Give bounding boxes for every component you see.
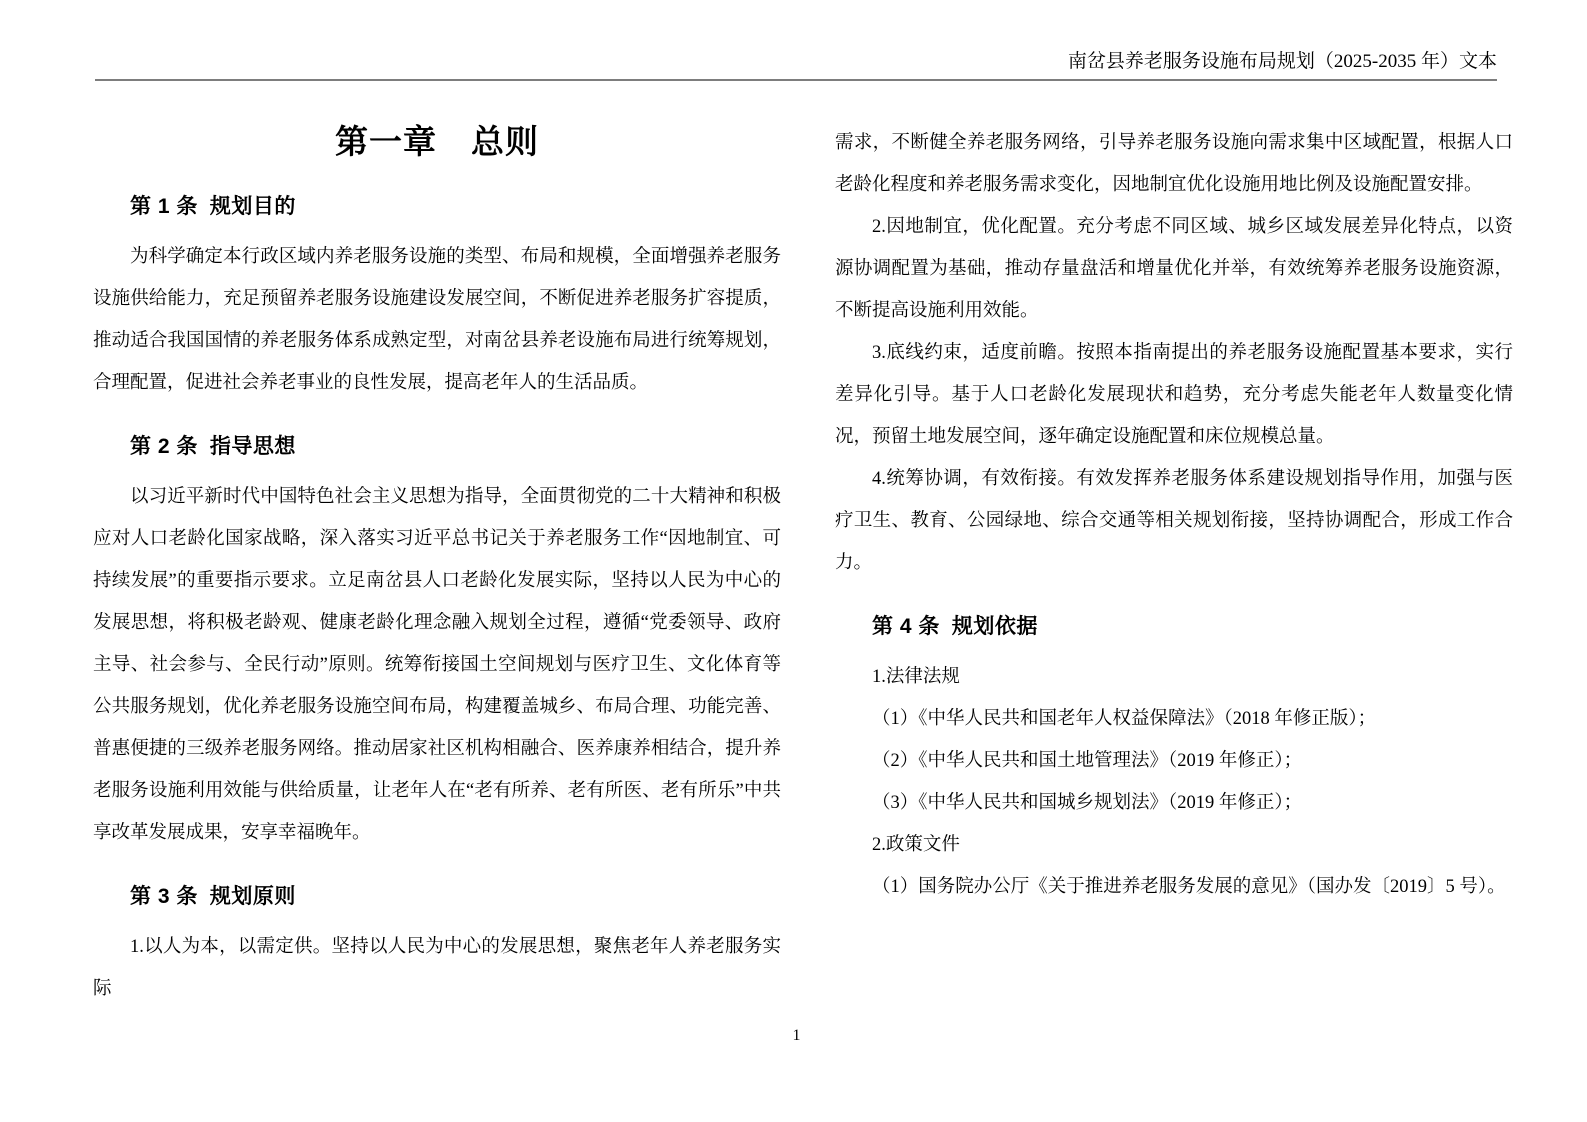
article-4-heading: 第 4 条规划依据 [835, 606, 1513, 648]
page-number: 1 [793, 1027, 801, 1044]
document-page: 南岔县养老服务设施布局规划（2025-2035 年）文本 第一章 总则 第 1 … [0, 0, 1587, 1122]
document-body: 第一章 总则 第 1 条规划目的 为科学确定本行政区域内养老服务设施的类型、布局… [93, 84, 1513, 1010]
article-3-body-continued: 需求，不断健全养老服务网络，引导养老服务设施向需求集中区域配置，根据人口老龄化程… [835, 122, 1513, 206]
header-running-title: 南岔县养老服务设施布局规划（2025-2035 年）文本 [1068, 51, 1497, 72]
law-item-3: （3）《中华人民共和国城乡规划法》（2019 年修正）； [835, 782, 1513, 824]
article-3-body-first-line: 1.以人为本，以需定供。坚持以人民为中心的发展思想，聚焦老年人养老服务实际 [93, 926, 781, 1010]
law-item-1: （1）《中华人民共和国老年人权益保障法》（2018 年修正版）； [835, 698, 1513, 740]
policy-group-label: 2.政策文件 [835, 824, 1513, 866]
article-1-number: 第 1 条 [130, 195, 198, 218]
chapter-title: 第一章 总则 [93, 120, 781, 164]
article-2-number: 第 2 条 [130, 435, 198, 458]
page-header: 南岔县养老服务设施布局规划（2025-2035 年）文本 [95, 0, 1497, 81]
article-3-number: 第 3 条 [130, 885, 198, 908]
article-2-title: 指导思想 [210, 435, 296, 458]
left-column: 第一章 总则 第 1 条规划目的 为科学确定本行政区域内养老服务设施的类型、布局… [93, 84, 781, 1010]
legal-basis-group-label: 1.法律法规 [835, 656, 1513, 698]
page-footer: 1 [93, 1026, 1500, 1046]
policy-item-1: （1）国务院办公厅《关于推进养老服务发展的意见》（国办发〔2019〕5 号）。 [835, 866, 1513, 908]
article-3-title: 规划原则 [210, 885, 296, 908]
article-3-heading: 第 3 条规划原则 [93, 876, 781, 918]
article-4-number: 第 4 条 [872, 615, 940, 638]
article-1-heading: 第 1 条规划目的 [93, 186, 781, 228]
principle-2: 2.因地制宜，优化配置。充分考虑不同区域、城乡区域发展差异化特点，以资源协调配置… [835, 206, 1513, 332]
law-item-2: （2）《中华人民共和国土地管理法》（2019 年修正）； [835, 740, 1513, 782]
principle-3: 3.底线约束，适度前瞻。按照本指南提出的养老服务设施配置基本要求，实行差异化引导… [835, 332, 1513, 458]
right-column: 需求，不断健全养老服务网络，引导养老服务设施向需求集中区域配置，根据人口老龄化程… [835, 84, 1513, 908]
article-2-body: 以习近平新时代中国特色社会主义思想为指导，全面贯彻党的二十大精神和积极应对人口老… [93, 476, 781, 854]
article-4-title: 规划依据 [952, 615, 1038, 638]
article-2-heading: 第 2 条指导思想 [93, 426, 781, 468]
principle-4: 4.统筹协调，有效衔接。有效发挥养老服务体系建设规划指导作用，加强与医疗卫生、教… [835, 458, 1513, 584]
article-1-title: 规划目的 [210, 195, 296, 218]
article-1-body: 为科学确定本行政区域内养老服务设施的类型、布局和规模，全面增强养老服务设施供给能… [93, 236, 781, 404]
